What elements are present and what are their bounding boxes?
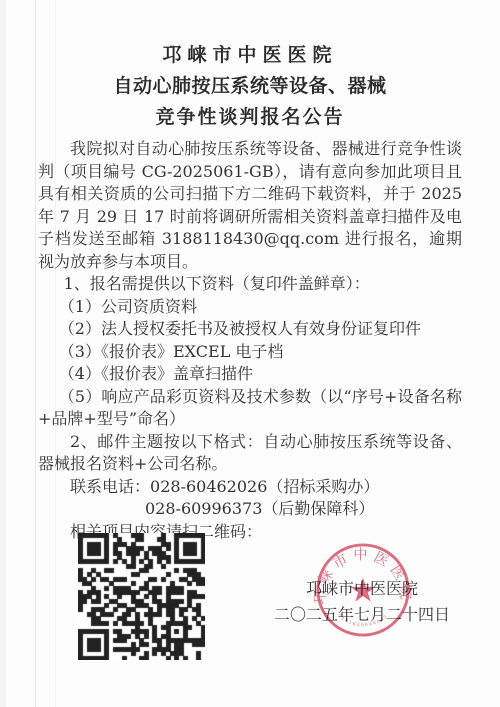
scan-edge-strip xyxy=(0,0,6,707)
email-subject-note: 2、邮件主题按以下格式：自动心肺按压系统等设备、器械报名资料+公司名称。 xyxy=(38,431,462,476)
scan-edge-line xyxy=(35,0,36,707)
list-item-1: （1）公司资质资料 xyxy=(38,296,462,319)
page-title: 邛崃市中医医院 自动心肺按压系统等设备、器械 竞争性谈判报名公告 xyxy=(38,40,462,133)
title-equipment-line: 自动心肺按压系统等设备、器械 xyxy=(38,71,462,102)
contact-line: 联系电话：028-60462026（招标采购办） xyxy=(38,476,462,499)
signature-org: 邛崃市中医医院 xyxy=(262,576,462,602)
document-body: 我院拟对自动心肺按压系统等设备、器械进行竞争性谈判（项目编号 CG-202506… xyxy=(38,138,462,543)
phone-number-1: 028-60462026（招标采购办） xyxy=(150,477,379,496)
document-page: 邛崃市中医医院 自动心肺按压系统等设备、器械 竞争性谈判报名公告 我院拟对自动心… xyxy=(0,0,500,707)
contact-label: 联系电话： xyxy=(70,477,150,496)
list-item-4: （4）《报价表》盖章扫描件 xyxy=(38,363,462,386)
signature-block: 邛崃市中医医院 二〇二五年七月二十四日 xyxy=(262,576,462,628)
signature-date: 二〇二五年七月二十四日 xyxy=(262,602,462,628)
qr-code xyxy=(78,533,205,660)
intro-paragraph: 我院拟对自动心肺按压系统等设备、器械进行竞争性谈判（项目编号 CG-202506… xyxy=(38,138,462,273)
list-item-3: （3）《报价表》EXCEL 电子档 xyxy=(38,341,462,364)
phone-number-2: 028-60996373（后勤保障科） xyxy=(38,498,462,521)
list-item-5: （5）响应产品彩页资料及技术参数（以“序号+设备名称+品牌+型号”命名） xyxy=(38,386,462,431)
title-hospital-name: 邛崃市中医医院 xyxy=(38,40,462,71)
list-item-2: （2）法人授权委托书及被授权人有效身份证复印件 xyxy=(38,318,462,341)
list-intro: 1、报名需提供以下资料（复印件盖鲜章）： xyxy=(38,273,462,296)
title-announcement-line: 竞争性谈判报名公告 xyxy=(38,102,462,133)
